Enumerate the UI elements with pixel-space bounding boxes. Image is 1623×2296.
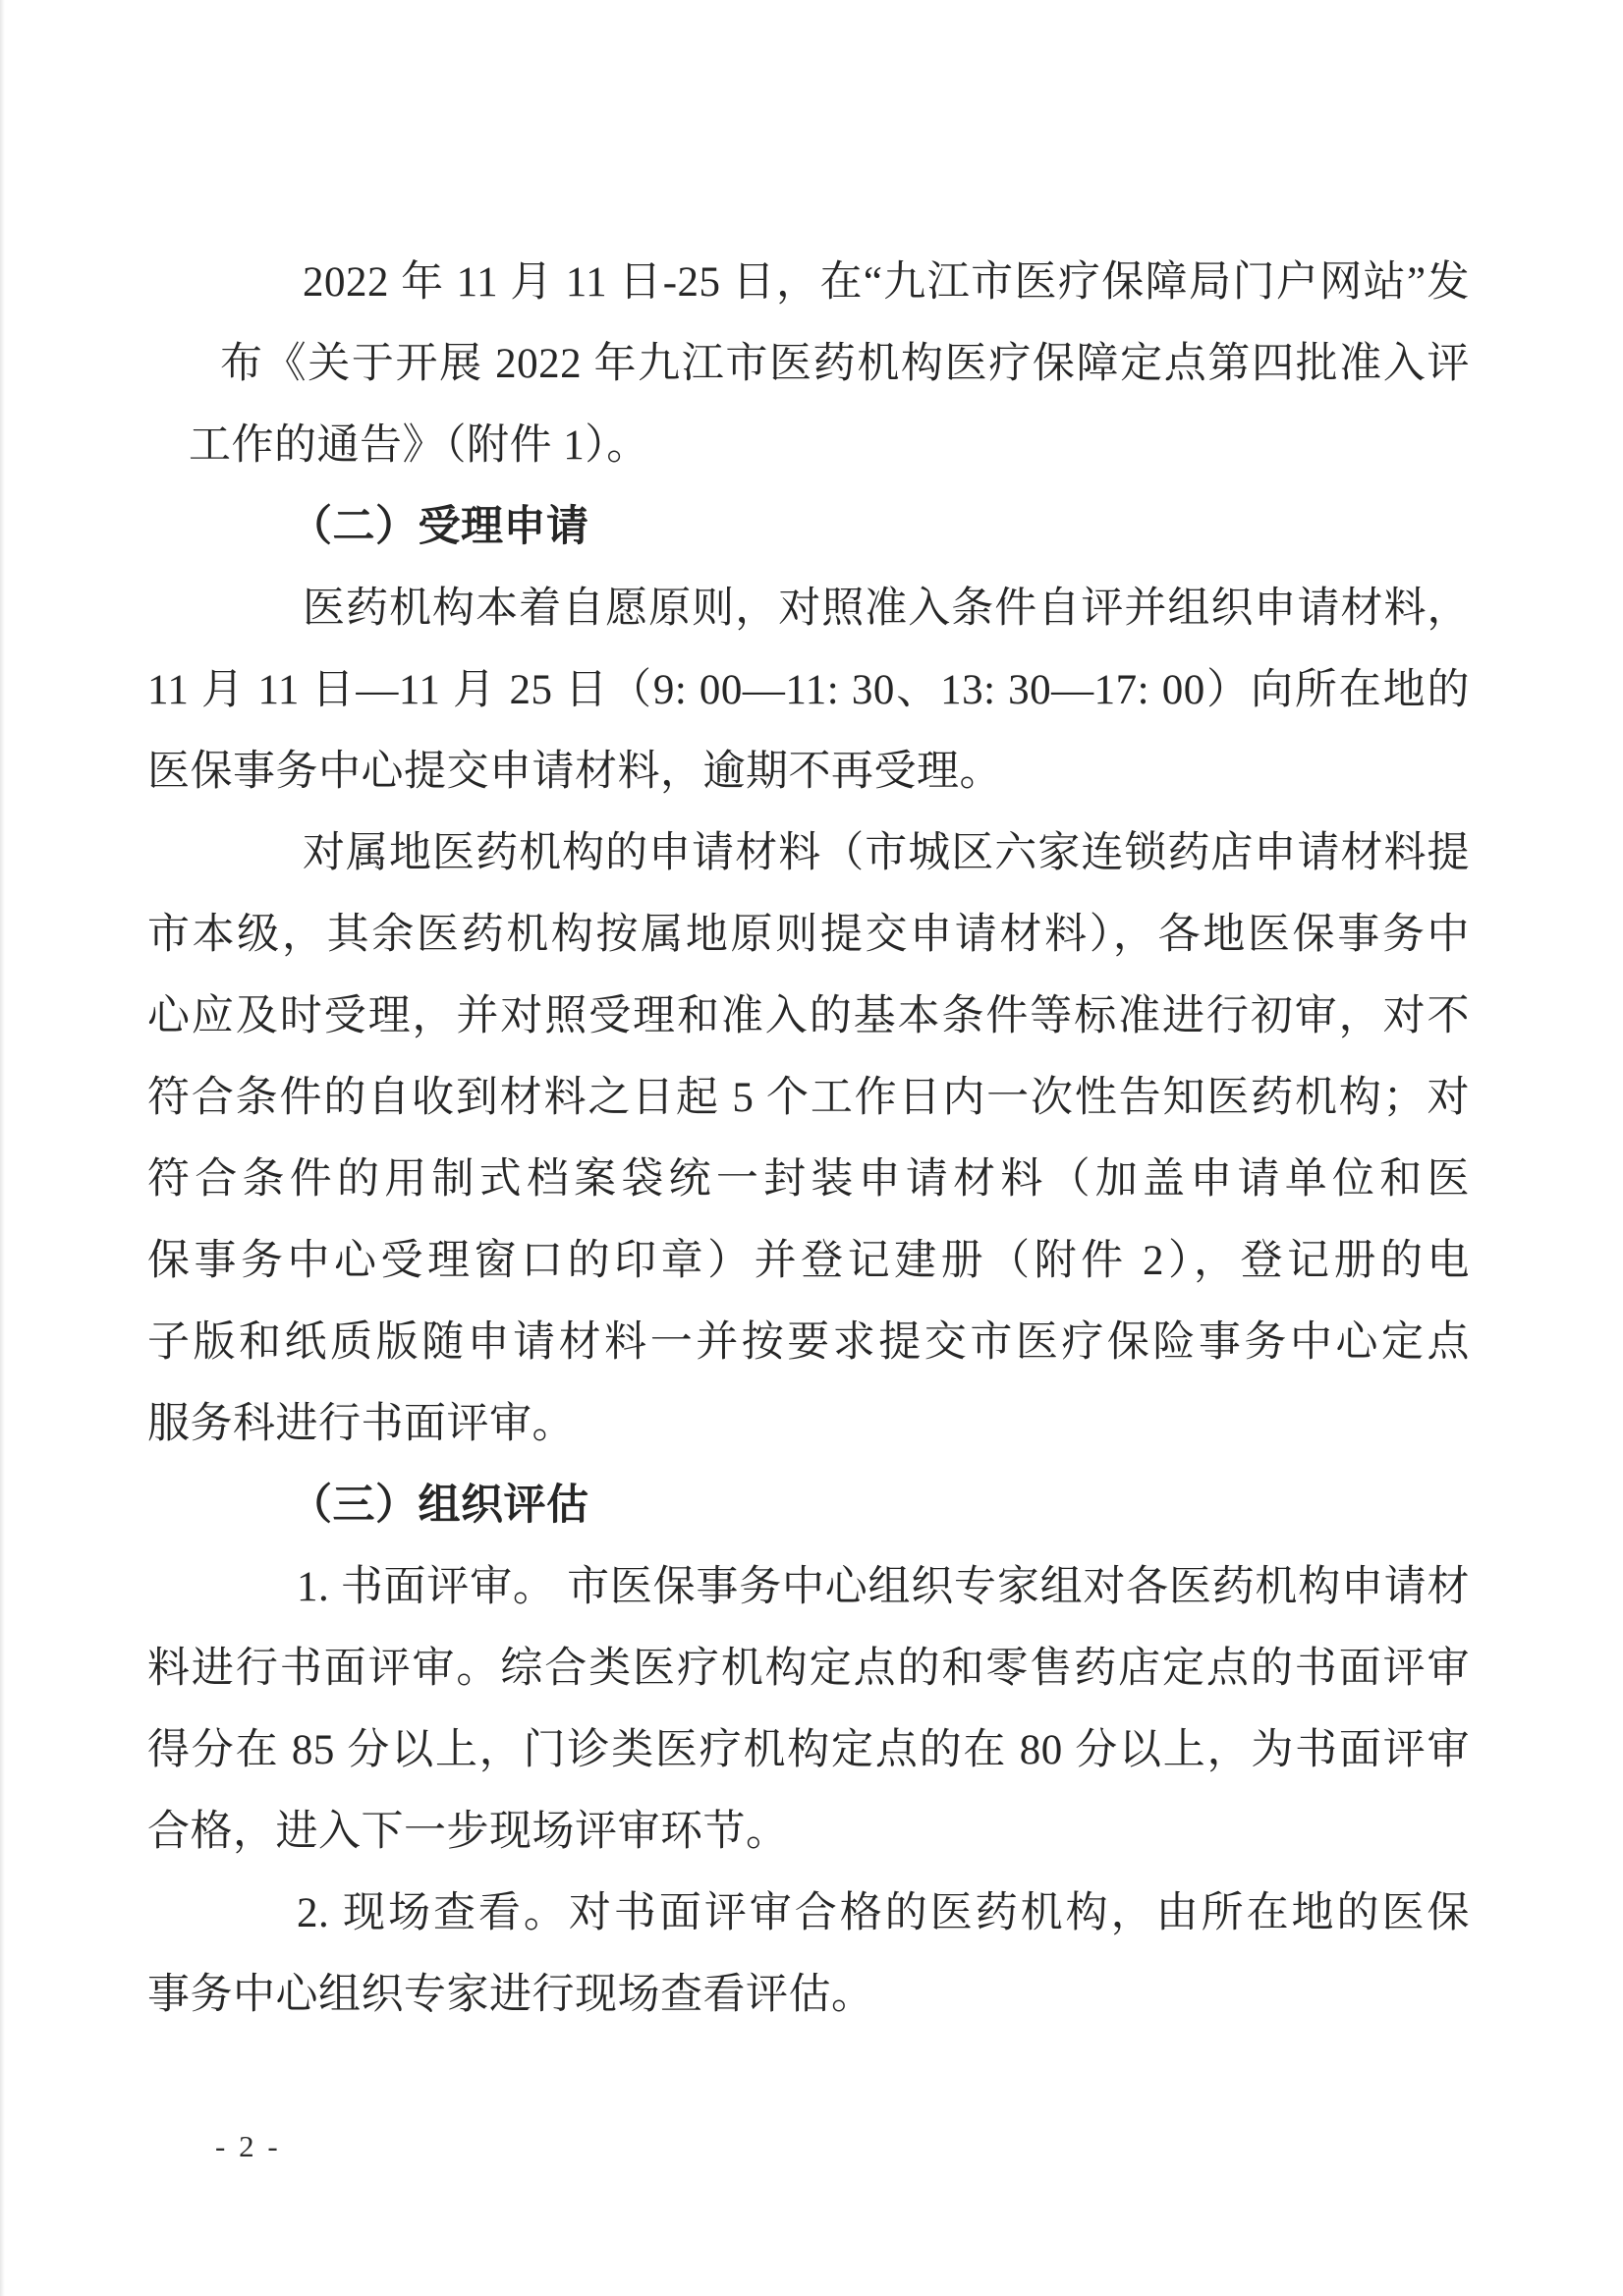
paragraph-line: 医药机构本着自愿原则，对照准入条件自评并组织申请材料，于	[147, 568, 1470, 649]
document-page: 2022 年 11 月 11 日-25 日，在“九江市医疗保障局门户网站”发 布…	[0, 0, 1623, 2296]
paragraph-line: 子版和纸质版随申请材料一并按要求提交市医疗保险事务中心定点	[147, 1302, 1470, 1383]
paragraph-line: 得分在 85 分以上，门诊类医疗机构定点的在 80 分以上，为书面评审	[147, 1709, 1470, 1791]
paragraph-line: 符合条件的用制式档案袋统一封装申请材料（加盖申请单位和医	[147, 1139, 1470, 1220]
paragraph-line: 11 月 11 日—11 月 25 日（9: 00—11: 30、13: 30—…	[147, 649, 1470, 731]
section-heading: （二）受理申请	[147, 486, 1470, 568]
paragraph-line: 对属地医药机构的申请材料（市城区六家连锁药店申请材料提交	[147, 812, 1470, 894]
paragraph-line: 保事务中心受理窗口的印章）并登记建册（附件 2），登记册的电	[147, 1220, 1470, 1302]
paragraph-line: 工作的通告》（附件 1）。	[147, 405, 1470, 486]
paragraph-line: 医保事务中心提交申请材料，逾期不再受理。	[147, 731, 1470, 812]
paragraph-line: 符合条件的自收到材料之日起 5 个工作日内一次性告知医药机构；对	[147, 1057, 1470, 1139]
paragraph-line: 服务科进行书面评审。	[147, 1383, 1470, 1465]
scan-edge-artifact	[0, 0, 5, 2296]
page-number: - 2 -	[215, 2125, 281, 2168]
paragraph-line: 2. 现场查看。对书面评审合格的医药机构，由所在地的医保	[147, 1873, 1470, 1954]
paragraph-line: 合格，进入下一步现场评审环节。	[147, 1791, 1470, 1873]
paragraph-line: 心应及时受理，并对照受理和准入的基本条件等标准进行初审，对不	[147, 976, 1470, 1057]
paragraph-line: 2022 年 11 月 11 日-25 日，在“九江市医疗保障局门户网站”发	[147, 242, 1470, 323]
paragraph-line: 市本级，其余医药机构按属地原则提交申请材料），各地医保事务中	[147, 894, 1470, 976]
paragraph-line: 1. 书面评审。 市医保事务中心组织专家组对各医药机构申请材	[147, 1546, 1470, 1628]
document-body: 2022 年 11 月 11 日-25 日，在“九江市医疗保障局门户网站”发 布…	[147, 242, 1470, 2036]
paragraph-line: 事务中心组织专家进行现场查看评估。	[147, 1954, 1470, 2036]
paragraph-line: 布《关于开展 2022 年九江市医药机构医疗保障定点第四批准入评估	[147, 323, 1470, 405]
section-heading: （三）组织评估	[147, 1465, 1470, 1546]
paragraph-line: 料进行书面评审。综合类医疗机构定点的和零售药店定点的书面评审	[147, 1628, 1470, 1709]
